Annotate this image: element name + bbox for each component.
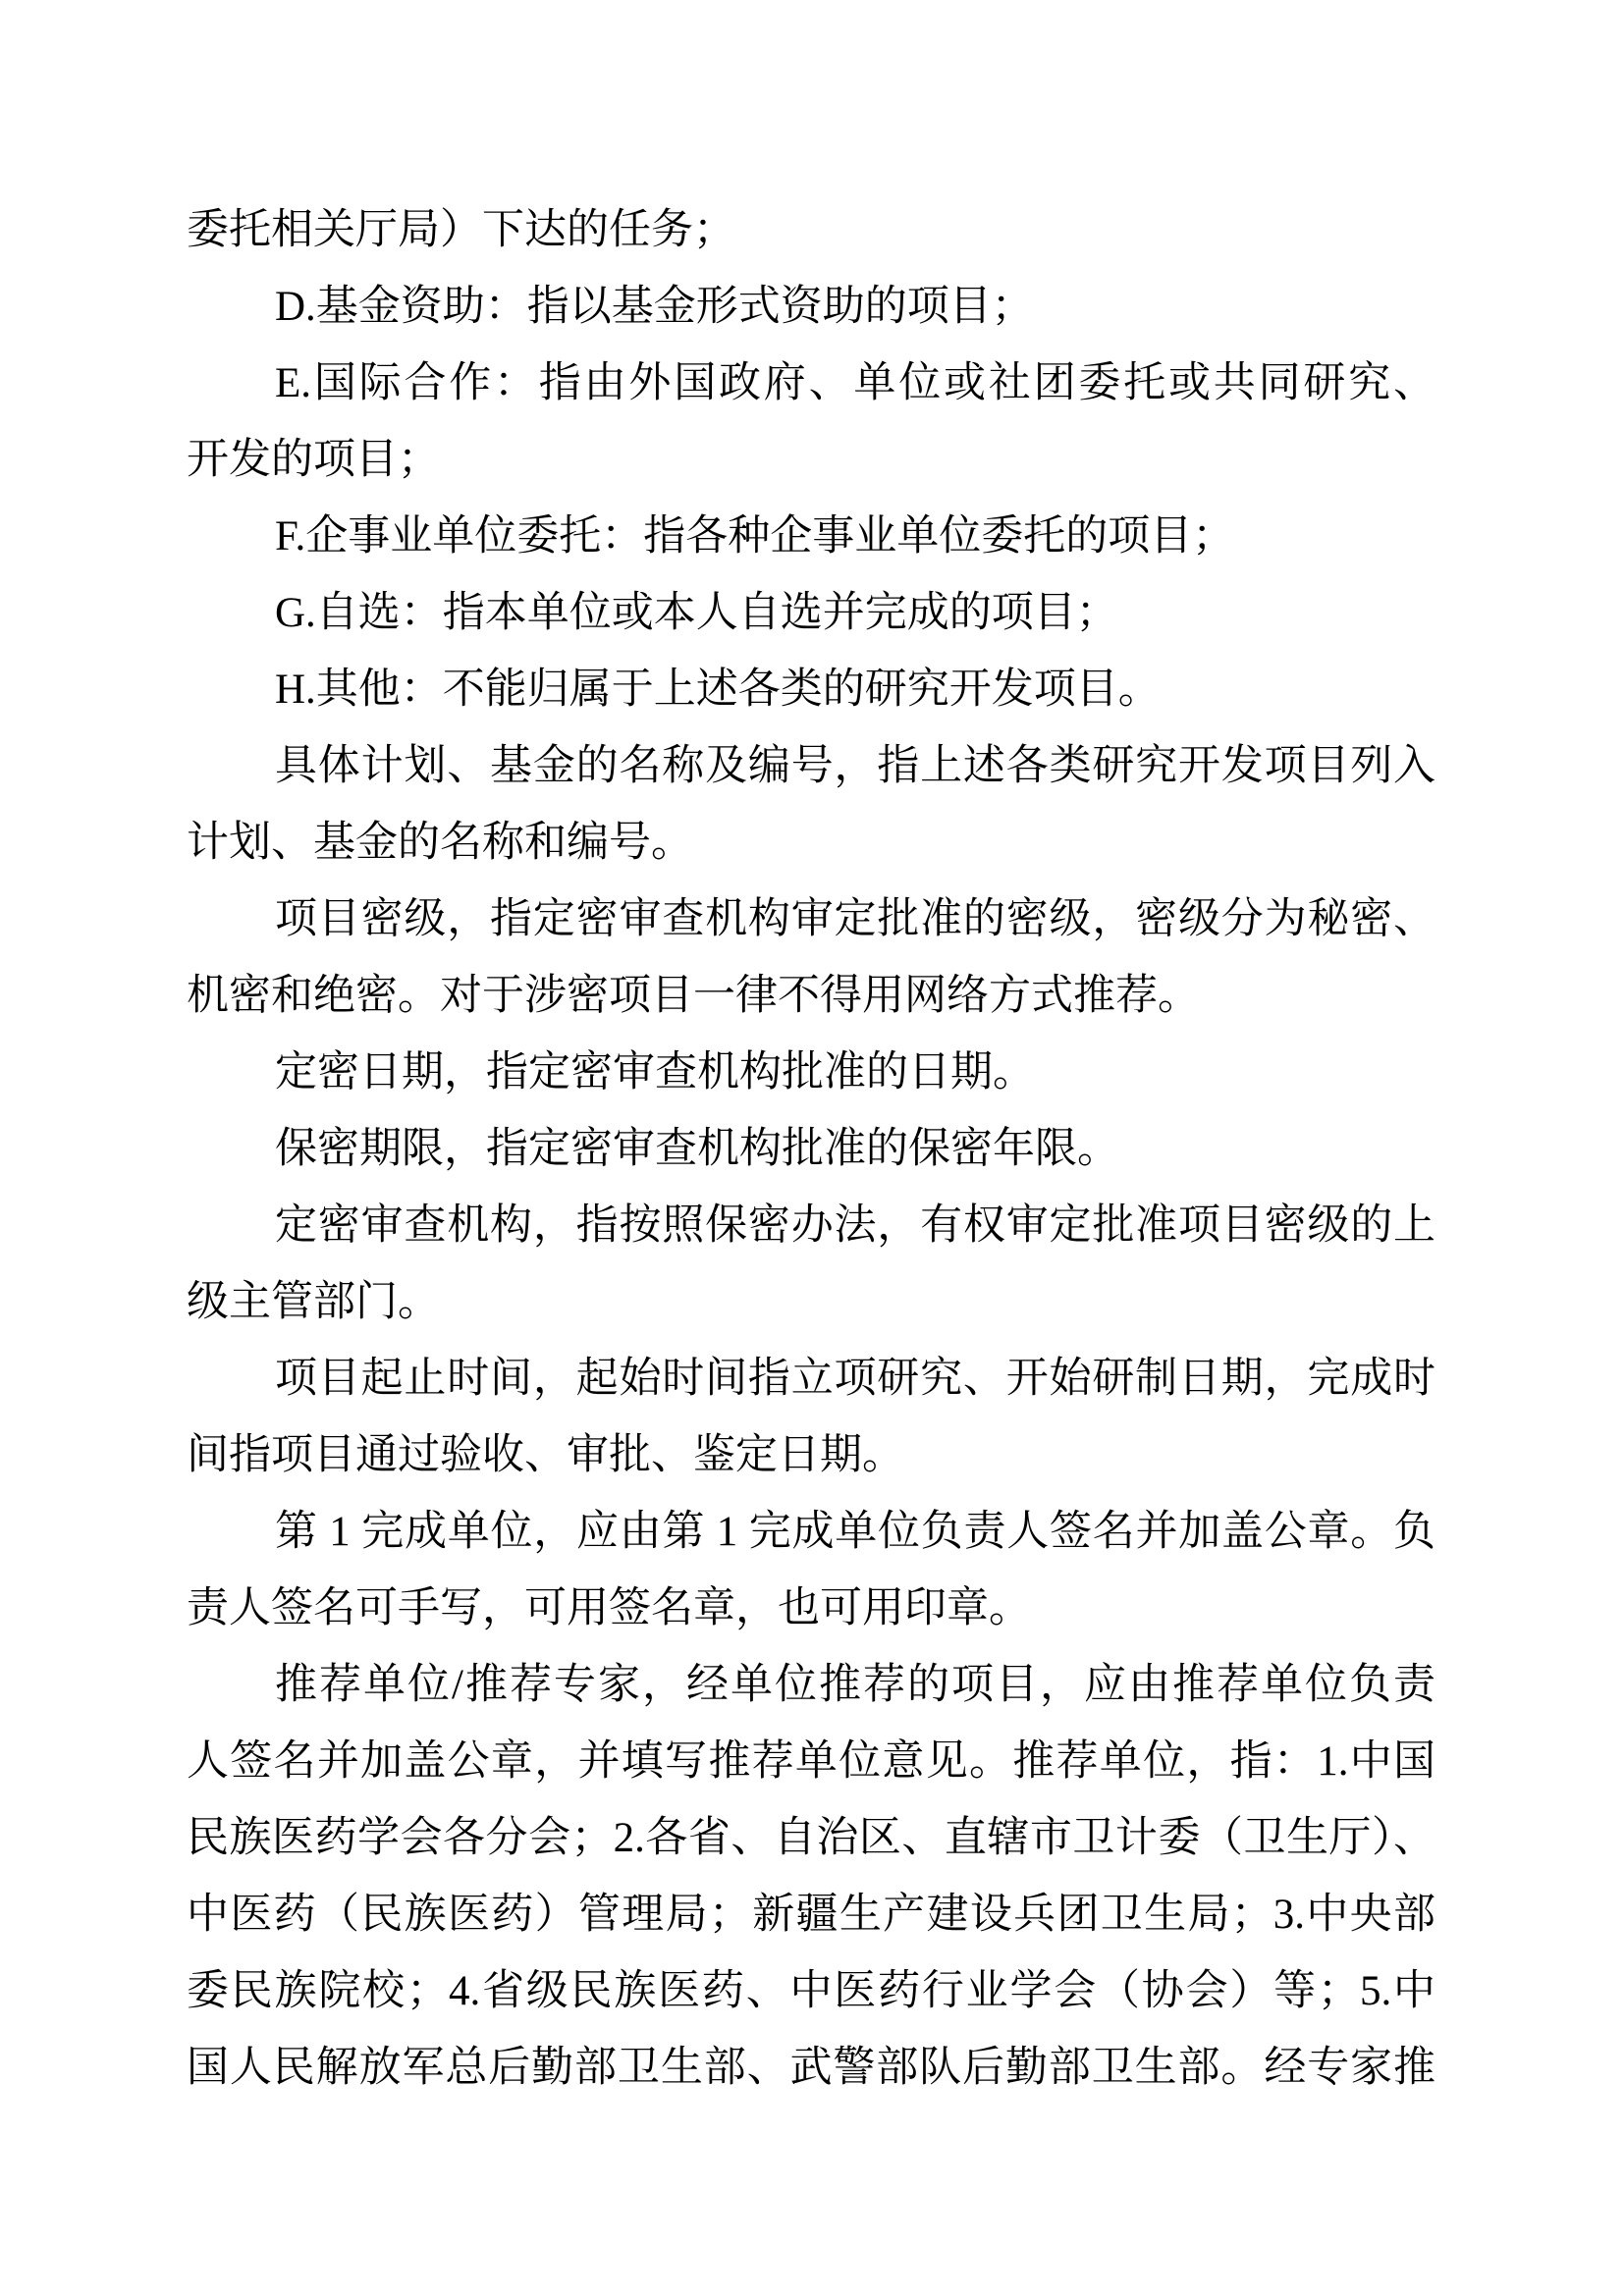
text-line: 项目密级，指定密审查机构审定批准的密级，密级分为秘密、	[187, 881, 1435, 958]
text-line: 定密日期，指定密审查机构批准的日期。	[187, 1035, 1435, 1111]
text-line: 委托相关厅局）下达的任务；	[187, 192, 1435, 269]
text-line: 第 1 完成单位，应由第 1 完成单位负责人签名并加盖公章。负	[187, 1494, 1435, 1571]
text-line: 委民族院校；4.省级民族医药、中医药行业学会（协会）等；5.中	[187, 1953, 1435, 2030]
text-line: 机密和绝密。对于涉密项目一律不得用网络方式推荐。	[187, 958, 1435, 1035]
document-page: 委托相关厅局）下达的任务；D.基金资助：指以基金形式资助的项目；E.国际合作：指…	[0, 0, 1624, 2296]
text-line: 间指项目通过验收、审批、鉴定日期。	[187, 1417, 1435, 1494]
text-line: D.基金资助：指以基金形式资助的项目；	[187, 269, 1435, 346]
text-line: 计划、基金的名称和编号。	[187, 805, 1435, 881]
text-line: 国人民解放军总后勤部卫生部、武警部队后勤部卫生部。经专家推	[187, 2030, 1435, 2107]
text-line: 项目起止时间，起始时间指立项研究、开始研制日期，完成时	[187, 1341, 1435, 1417]
text-line: 具体计划、基金的名称及编号，指上述各类研究开发项目列入	[187, 728, 1435, 805]
text-line: 级主管部门。	[187, 1264, 1435, 1341]
text-line: 人签名并加盖公章，并填写推荐单位意见。推荐单位，指：1.中国	[187, 1724, 1435, 1800]
text-line: 推荐单位/推荐专家，经单位推荐的项目，应由推荐单位负责	[187, 1647, 1435, 1724]
text-line: F.企事业单位委托：指各种企事业单位委托的项目；	[187, 499, 1435, 575]
page-body: 委托相关厅局）下达的任务；D.基金资助：指以基金形式资助的项目；E.国际合作：指…	[187, 192, 1435, 2107]
text-line: 民族医药学会各分会；2.各省、自治区、直辖市卫计委（卫生厅）、	[187, 1800, 1435, 1877]
text-line: 开发的项目；	[187, 422, 1435, 499]
text-line: 责人签名可手写，可用签名章，也可用印章。	[187, 1571, 1435, 1647]
text-line: 定密审查机构，指按照保密办法，有权审定批准项目密级的上	[187, 1188, 1435, 1264]
text-line: G.自选：指本单位或本人自选并完成的项目；	[187, 575, 1435, 652]
text-line: H.其他：不能归属于上述各类的研究开发项目。	[187, 652, 1435, 728]
text-line: 中医药（民族医药）管理局；新疆生产建设兵团卫生局；3.中央部	[187, 1877, 1435, 1953]
text-line: E.国际合作：指由外国政府、单位或社团委托或共同研究、	[187, 346, 1435, 422]
text-line: 保密期限，指定密审查机构批准的保密年限。	[187, 1111, 1435, 1188]
